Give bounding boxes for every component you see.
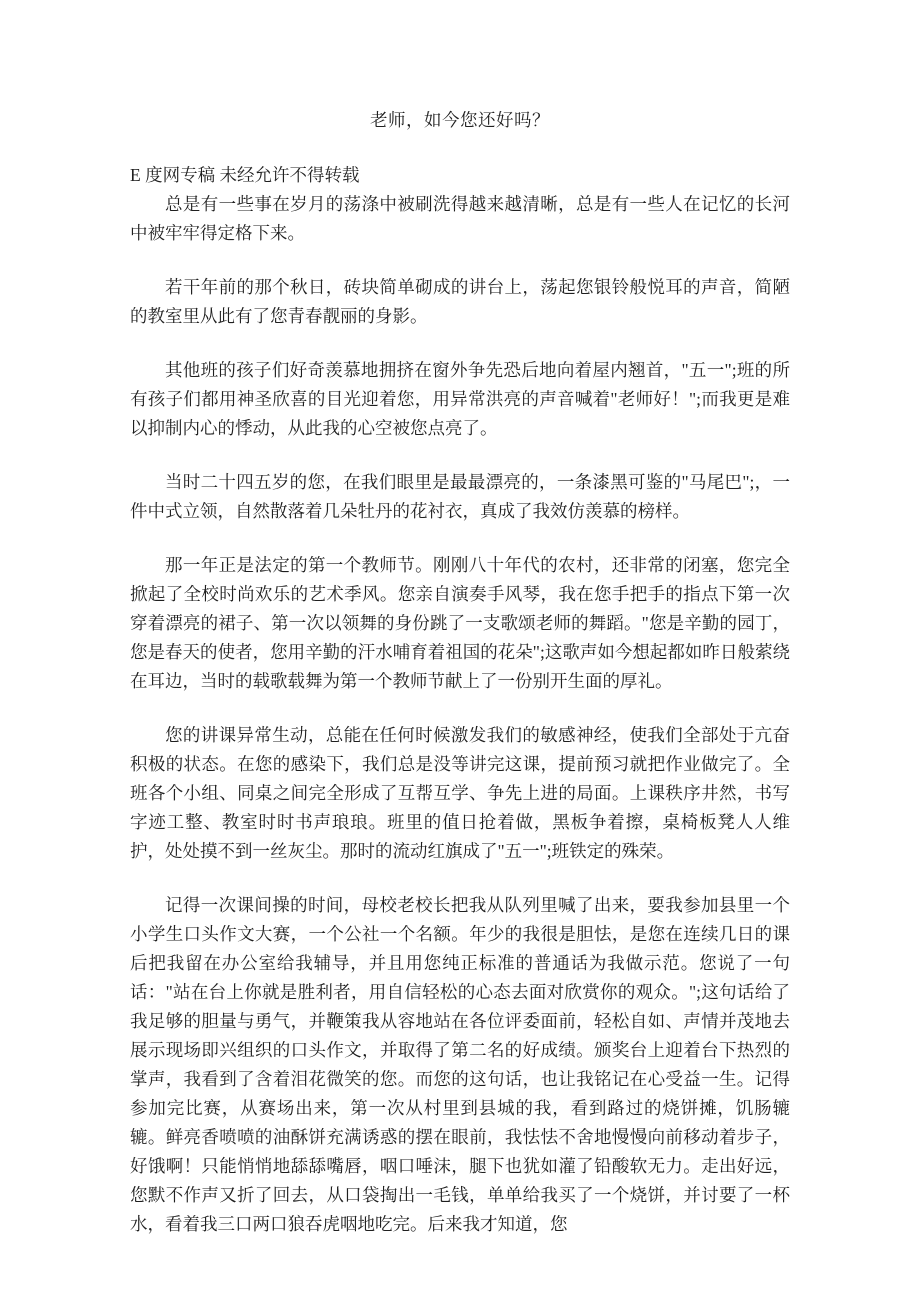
copyright-notice: E 度网专稿 未经允许不得转载 bbox=[130, 161, 790, 190]
paragraph-1: 总是有一些事在岁月的荡涤中被刷洗得越来越清晰，总是有一些人在记忆的长河中被牢牢得… bbox=[130, 190, 790, 248]
paragraph-2: 若干年前的那个秋日，砖块简单砌成的讲台上，荡起您银铃般悦耳的声音，简陋的教室里从… bbox=[130, 273, 790, 331]
paragraph-3: 其他班的孩子们好奇羡慕地拥挤在窗外争先恐后地向着屋内翘首，"五一";班的所有孩子… bbox=[130, 356, 790, 443]
document-title: 老师，如今您还好吗？ bbox=[130, 106, 790, 135]
paragraph-6: 您的讲课异常生动，总能在任何时候激发我们的敏感神经，使我们全部处于亢奋积极的状态… bbox=[130, 721, 790, 866]
paragraph-7: 记得一次课间操的时间，母校老校长把我从队列里喊了出来，要我参加县里一个小学生口头… bbox=[130, 891, 790, 1239]
paragraph-5: 那一年正是法定的第一个教师节。刚刚八十年代的农村，还非常的闭塞，您完全掀起了全校… bbox=[130, 551, 790, 696]
document-page: 老师，如今您还好吗？ E 度网专稿 未经允许不得转载 总是有一些事在岁月的荡涤中… bbox=[0, 0, 920, 1302]
paragraph-4: 当时二十四五岁的您，在我们眼里是最最漂亮的，一条漆黑可鉴的"马尾巴";，一件中式… bbox=[130, 468, 790, 526]
